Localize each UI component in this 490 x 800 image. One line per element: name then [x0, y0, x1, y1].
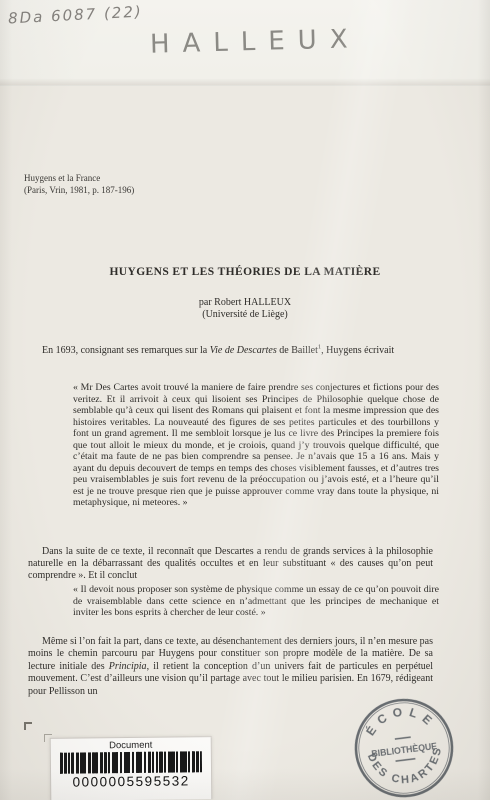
barcode-image	[60, 751, 202, 773]
publication-reference: Huygens et la France (Paris, Vrin, 1981,…	[24, 173, 134, 196]
stamp-rule-top	[395, 737, 411, 739]
paragraph-closing: Même si l’on fait la part, dans ce texte…	[28, 636, 433, 698]
paragraph-intro: En 1693, consignant ses remarques sur la…	[28, 345, 420, 357]
library-stamp: ÉCOLE BIBLIOTHÈQUE DES CHARTES	[346, 690, 462, 800]
publication-title: Huygens et la France	[24, 173, 134, 185]
blockquote-conclusion: « Il devoit nous proposer son système de…	[73, 584, 439, 619]
stamp-rule-bottom	[396, 759, 416, 761]
paragraph-middle: Dans la suite de ce texte, il reconnaît …	[28, 546, 433, 583]
scanned-document-page: 8Da 6087 (22) HALLEUX Huygens et la Fran…	[0, 0, 490, 800]
author-affiliation: (Université de Liège)	[0, 309, 490, 320]
page-edge-mark	[24, 722, 32, 730]
blockquote-descartes-principles: « Mr Des Cartes avoit trouvé la maniere …	[73, 382, 439, 509]
barcode-number: 0000005595532	[51, 773, 211, 790]
barcode-sticker: Document 0000005595532	[50, 736, 213, 800]
article-byline: par Robert HALLEUX	[0, 297, 490, 308]
article-title: HUYGENS ET LES THÉORIES DE LA MATIÈRE	[0, 266, 490, 278]
handwritten-author-name: HALLEUX	[150, 24, 361, 60]
barcode-label: Document	[51, 739, 211, 752]
publication-citation: (Paris, Vrin, 1981, p. 187-196)	[24, 185, 134, 197]
stamp-text-middle: BIBLIOTHÈQUE	[371, 741, 438, 760]
